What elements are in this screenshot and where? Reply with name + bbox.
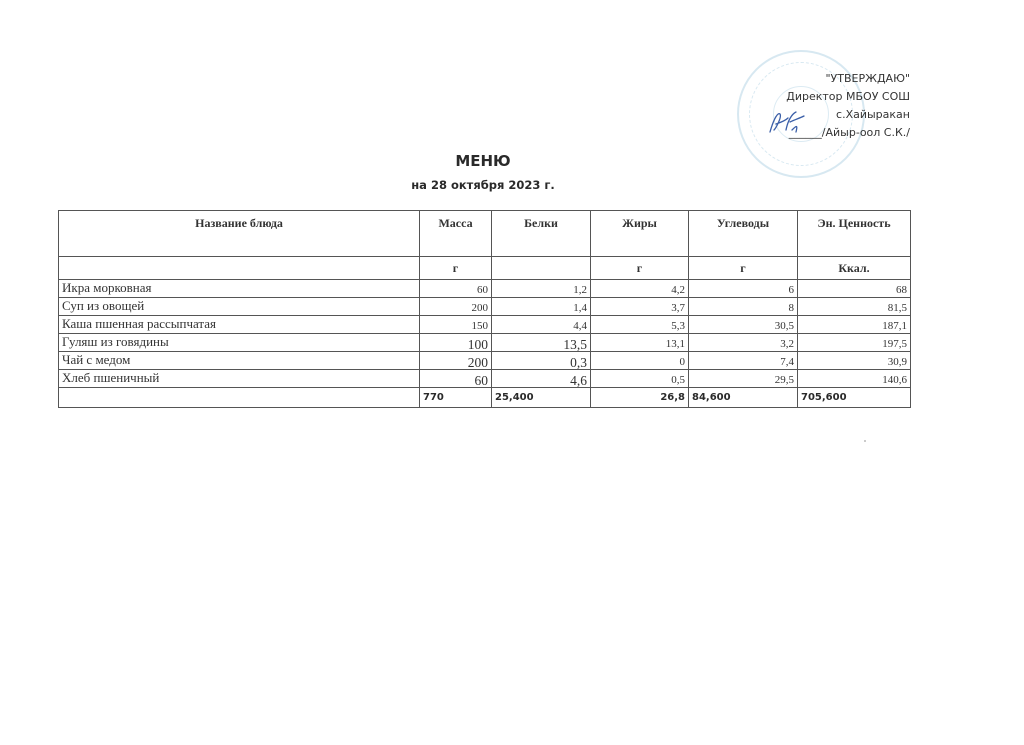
- dish-energy: 81,5: [798, 298, 911, 316]
- units-row: г г г Ккал.: [59, 257, 911, 280]
- total-row: 770 25,400 26,8 84,600 705,600: [59, 388, 911, 408]
- dish-fat: 13,1: [591, 334, 689, 352]
- dish-name: Икра морковная: [59, 280, 420, 298]
- scan-artifact: [864, 440, 866, 442]
- dish-mass: 60: [420, 280, 492, 298]
- table-row: Каша пшенная рассыпчатая 150 4,4 5,3 30,…: [59, 316, 911, 334]
- dish-fat: 5,3: [591, 316, 689, 334]
- table-row: Икра морковная 60 1,2 4,2 6 68: [59, 280, 911, 298]
- dish-carbs: 7,4: [689, 352, 798, 370]
- total-mass: 770: [420, 388, 492, 408]
- total-carbs: 84,600: [689, 388, 798, 408]
- table-row: Гуляш из говядины 100 13,5 13,1 3,2 197,…: [59, 334, 911, 352]
- dish-fat: 0,5: [591, 370, 689, 388]
- page-subtitle: на 28 октября 2023 г.: [0, 178, 966, 192]
- menu-table: Название блюда Масса Белки Жиры Углеводы…: [58, 210, 911, 408]
- total-energy: 705,600: [798, 388, 911, 408]
- dish-mass: 150: [420, 316, 492, 334]
- signature-icon: [766, 108, 808, 136]
- dish-energy: 187,1: [798, 316, 911, 334]
- column-header-energy: Эн. Ценность: [798, 211, 911, 257]
- dish-carbs: 6: [689, 280, 798, 298]
- unit-carbs: г: [689, 257, 798, 280]
- dish-protein: 1,2: [492, 280, 591, 298]
- approval-position: Директор МБОУ СОШ: [786, 88, 910, 106]
- unit-energy: Ккал.: [798, 257, 911, 280]
- table-row: Хлеб пшеничный 60 4,6 0,5 29,5 140,6: [59, 370, 911, 388]
- dish-fat: 4,2: [591, 280, 689, 298]
- column-header-protein: Белки: [492, 211, 591, 257]
- dish-energy: 30,9: [798, 352, 911, 370]
- dish-protein: 0,3: [492, 352, 591, 370]
- column-header-fat: Жиры: [591, 211, 689, 257]
- unit-protein: [492, 257, 591, 280]
- dish-name: Чай с медом: [59, 352, 420, 370]
- dish-energy: 140,6: [798, 370, 911, 388]
- total-label: [59, 388, 420, 408]
- dish-fat: 0: [591, 352, 689, 370]
- dish-name: Суп из овощей: [59, 298, 420, 316]
- dish-carbs: 29,5: [689, 370, 798, 388]
- dish-name: Хлеб пшеничный: [59, 370, 420, 388]
- column-header-mass: Масса: [420, 211, 492, 257]
- total-fat: 26,8: [591, 388, 689, 408]
- dish-protein: 13,5: [492, 334, 591, 352]
- dish-mass: 200: [420, 352, 492, 370]
- dish-carbs: 8: [689, 298, 798, 316]
- unit-mass: г: [420, 257, 492, 280]
- unit-name: [59, 257, 420, 280]
- dish-name: Гуляш из говядины: [59, 334, 420, 352]
- dish-carbs: 3,2: [689, 334, 798, 352]
- dish-mass: 100: [420, 334, 492, 352]
- dish-energy: 68: [798, 280, 911, 298]
- page-title: МЕНЮ: [0, 152, 966, 170]
- dish-fat: 3,7: [591, 298, 689, 316]
- dish-mass: 200: [420, 298, 492, 316]
- column-header-carbs: Углеводы: [689, 211, 798, 257]
- approval-heading: "УТВЕРЖДАЮ": [786, 70, 910, 88]
- total-protein: 25,400: [492, 388, 591, 408]
- dish-energy: 197,5: [798, 334, 911, 352]
- column-header-name: Название блюда: [59, 211, 420, 257]
- dish-protein: 4,4: [492, 316, 591, 334]
- table-header-row: Название блюда Масса Белки Жиры Углеводы…: [59, 211, 911, 257]
- unit-fat: г: [591, 257, 689, 280]
- dish-mass: 60: [420, 370, 492, 388]
- dish-protein: 4,6: [492, 370, 591, 388]
- table-row: Чай с медом 200 0,3 0 7,4 30,9: [59, 352, 911, 370]
- table-row: Суп из овощей 200 1,4 3,7 8 81,5: [59, 298, 911, 316]
- dish-name: Каша пшенная рассыпчатая: [59, 316, 420, 334]
- dish-carbs: 30,5: [689, 316, 798, 334]
- dish-protein: 1,4: [492, 298, 591, 316]
